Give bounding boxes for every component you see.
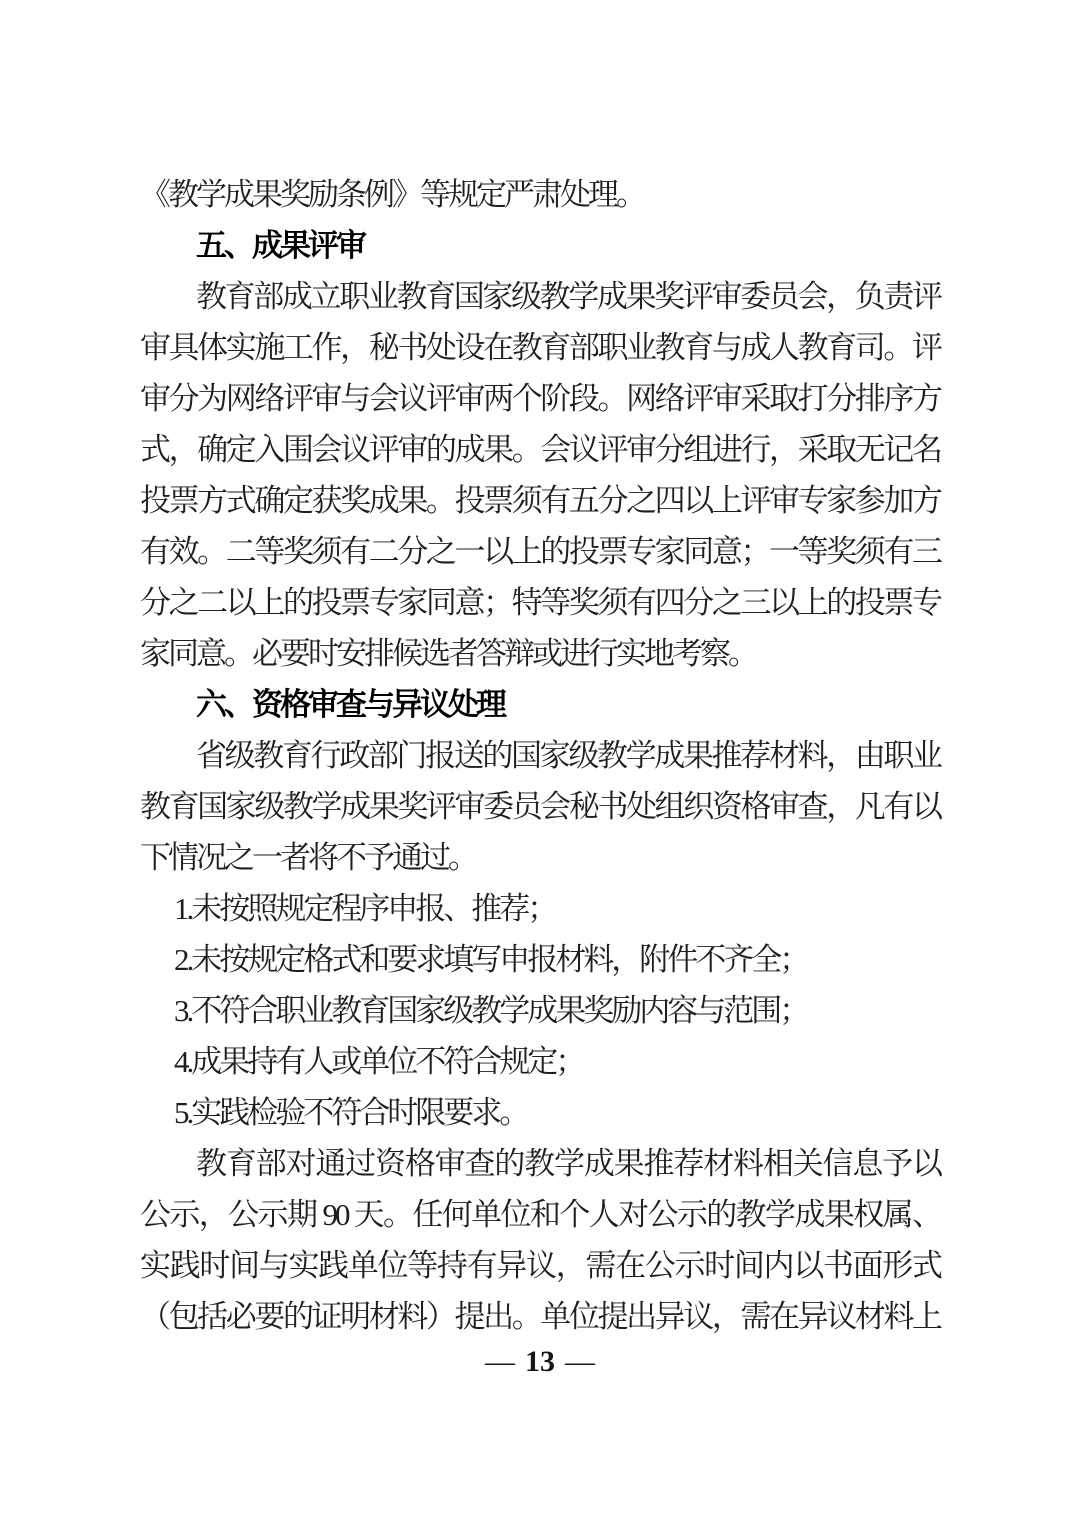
paragraph-line: 教育部成立职业教育国家级教学成果奖评审委员会，负责评 <box>140 271 940 322</box>
footer-dash-right: — <box>565 1345 595 1378</box>
paragraph-line: 投票方式确定获奖成果。投票须有五分之四以上评审专家参加方 <box>140 475 940 526</box>
document-page: 《教学成果奖励条例》等规定严肃处理。 五、成果评审 教育部成立职业教育国家级教学… <box>0 0 1080 1526</box>
paragraph-line: 审分为网络评审与会议评审两个阶段。网络评审采取打分排序方 <box>140 373 940 424</box>
document-body: 《教学成果奖励条例》等规定严肃处理。 五、成果评审 教育部成立职业教育国家级教学… <box>140 169 940 1342</box>
paragraph-line: 实践时间与实践单位等持有异议，需在公示时间内以书面形式 <box>140 1240 940 1291</box>
paragraph-line: 省级教育行政部门报送的国家级教学成果推荐材料，由职业 <box>140 730 940 781</box>
paragraph-line: 下情况之一者将不予通过。 <box>140 832 940 883</box>
page-footer: —13— <box>0 1337 1080 1387</box>
paragraph-line: 教育部对通过资格审查的教学成果推荐材料相关信息予以 <box>140 1138 940 1189</box>
footer-dash-left: — <box>485 1345 515 1378</box>
paragraph-line: 家同意。必要时安排候选者答辩或进行实地考察。 <box>140 628 940 679</box>
paragraph-line: 有效。二等奖须有二分之一以上的投票专家同意；一等奖须有三 <box>140 526 940 577</box>
paragraph-line: 《教学成果奖励条例》等规定严肃处理。 <box>140 169 940 220</box>
page-number: 13 <box>525 1345 555 1378</box>
list-item: 3.不符合职业教育国家级教学成果奖励内容与范围； <box>140 985 940 1036</box>
paragraph-line: （包括必要的证明材料）提出。单位提出异议，需在异议材料上 <box>140 1291 940 1342</box>
paragraph-line: 分之二以上的投票专家同意；特等奖须有四分之三以上的投票专 <box>140 577 940 628</box>
list-item: 5.实践检验不符合时限要求。 <box>140 1087 940 1138</box>
list-item: 4.成果持有人或单位不符合规定； <box>140 1036 940 1087</box>
list-item: 1.未按照规定程序申报、推荐； <box>140 883 940 934</box>
list-item: 2.未按规定格式和要求填写申报材料，附件不齐全； <box>140 934 940 985</box>
paragraph-line: 式，确定入围会议评审的成果。会议评审分组进行，采取无记名 <box>140 424 940 475</box>
section-heading: 五、成果评审 <box>140 220 940 271</box>
section-heading: 六、资格审查与异议处理 <box>140 679 940 730</box>
paragraph-line: 公示，公示期 90 天。任何单位和个人对公示的教学成果权属、 <box>140 1189 940 1240</box>
paragraph-line: 教育国家级教学成果奖评审委员会秘书处组织资格审查，凡有以 <box>140 781 940 832</box>
paragraph-line: 审具体实施工作，秘书处设在教育部职业教育与成人教育司。评 <box>140 322 940 373</box>
